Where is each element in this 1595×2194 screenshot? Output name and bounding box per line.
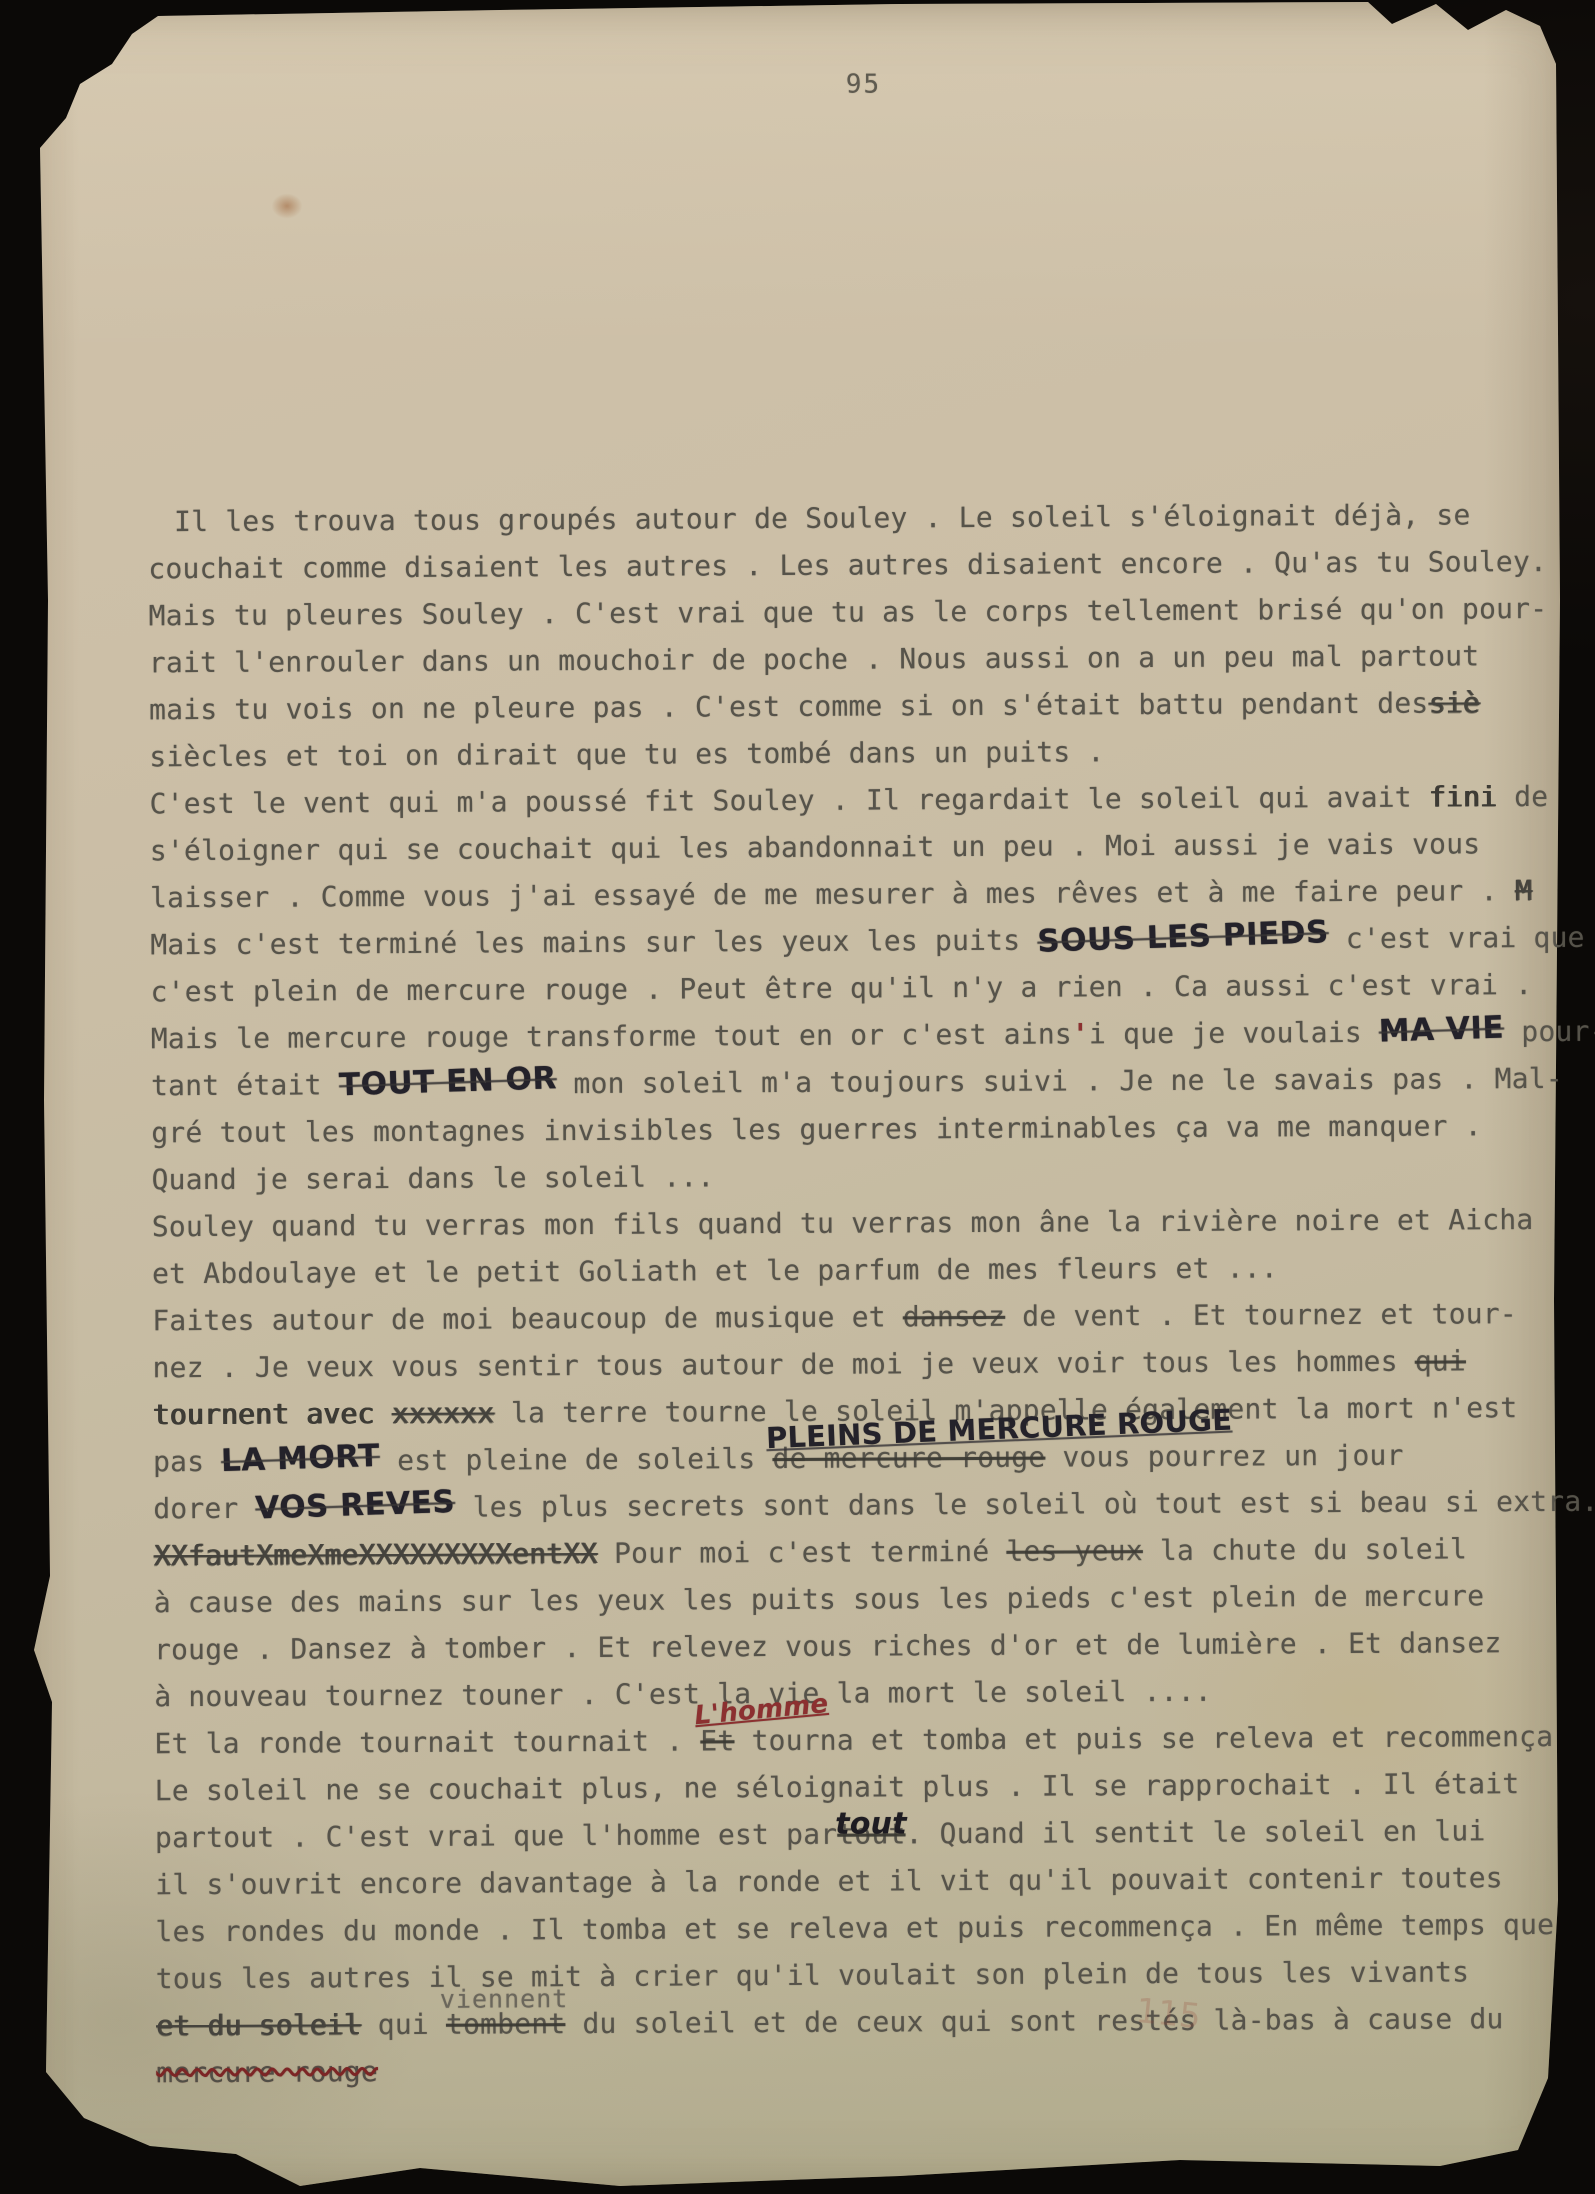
typed-text: Il les trouva tous groupés autour de Sou… xyxy=(174,498,1471,538)
typed-line: rait l'enrouler dans un mouchoir de poch… xyxy=(149,632,1569,686)
typed-text: siècles et toi on dirait que tu es tombé… xyxy=(149,735,1104,773)
struck-text: les yeux xyxy=(1006,1534,1143,1568)
corrected-text: de mercure rougePLEINS DE MERCURE ROUGE xyxy=(772,1434,1045,1482)
typed-line: partout . C'est vrai que l'homme est par… xyxy=(155,1807,1575,1861)
typed-text: couchait comme disaient les autres . Les… xyxy=(148,545,1547,585)
overtyped-text: fini xyxy=(1429,780,1497,813)
typed-text: Quand je serai dans le soleil ... xyxy=(151,1160,714,1196)
typed-line: Mais tu pleures Souley . C'est vrai que … xyxy=(148,585,1568,639)
typed-text: gré tout les montagnes invisibles les gu… xyxy=(151,1109,1482,1149)
red-struck-text: mercure rouge xyxy=(156,2055,378,2089)
typed-line: gré tout les montagnes invisibles les gu… xyxy=(151,1102,1571,1156)
typed-line: rouge . Dansez à tomber . Et relevez vou… xyxy=(154,1619,1574,1673)
typed-line: mercure rouge xyxy=(156,2042,1576,2096)
typed-line: à cause des mains sur les yeux les puits… xyxy=(154,1572,1574,1626)
typed-text: c'est plein de mercure rouge . Peut être… xyxy=(150,968,1532,1008)
typed-line: il s'ouvrit encore davantage à la ronde … xyxy=(155,1854,1575,1908)
typed-line: les rondes du monde . Il tomba et se rel… xyxy=(155,1901,1575,1955)
typed-text: de vent . Et tournez et tour- xyxy=(1005,1297,1517,1333)
photo-of-typescript-page: 95 Il les trouva tous groupés autour de … xyxy=(0,0,1595,2194)
typed-line: couchait comme disaient les autres . Les… xyxy=(148,538,1568,592)
typed-text: nez . Je veux vous sentir tous autour de… xyxy=(152,1345,1414,1385)
typed-line: c'est plein de mercure rouge . Peut être… xyxy=(150,961,1570,1015)
typed-text: c'est vrai que xyxy=(1329,921,1585,955)
typed-line: Mais le mercure rouge transforme tout en… xyxy=(151,1008,1571,1062)
typed-text: il s'ouvrit encore davantage à la ronde … xyxy=(155,1861,1503,1901)
typed-text: Et la ronde tournait tournait . xyxy=(154,1724,700,1760)
typed-text: Faites autour de moi beaucoup de musique… xyxy=(152,1300,903,1337)
typed-line: C'est le vent qui m'a poussé fit Souley … xyxy=(149,773,1569,827)
typed-text-block: Il les trouva tous groupés autour de Sou… xyxy=(148,491,1576,2096)
typed-text: s'éloigner qui se couchait qui les aband… xyxy=(150,827,1481,867)
typed-line: Mais c'est terminé les mains sur les yeu… xyxy=(150,914,1570,968)
typed-text: mais tu vois on ne pleure pas . C'est co… xyxy=(149,687,1428,727)
overtyped-text: tournent avec xyxy=(153,1397,392,1431)
handwritten-annotation: tout xyxy=(835,1800,907,1847)
typed-line: XXfautXmeXmeXXXXXXXXXentXX Pour moi c'es… xyxy=(153,1525,1573,1579)
typed-line: Souley quand tu verras mon fils quand tu… xyxy=(152,1196,1572,1250)
typed-line: Quand je serai dans le soleil ... xyxy=(151,1149,1571,1203)
typed-line: siècles et toi on dirait que tu es tombé… xyxy=(149,726,1569,780)
typed-text: mon soleil m'a toujours suivi . Je ne le… xyxy=(556,1062,1563,1100)
typed-text: Souley quand tu verras mon fils quand tu… xyxy=(152,1203,1534,1243)
typed-line: nez . Je veux vous sentir tous autour de… xyxy=(152,1337,1572,1391)
typed-text: laisser . Comme vous j'ai essayé de me m… xyxy=(150,874,1515,914)
red-ink-mark: ' xyxy=(1072,1017,1089,1050)
typed-text: du soleil et de ceux qui sont restés là-… xyxy=(565,2002,1503,2040)
handwritten-annotation: SOUS LES PIEDS xyxy=(1037,909,1330,966)
handwritten-annotation: MA VIE xyxy=(1378,1004,1505,1055)
typed-line: pas LA MORT est pleine de soleils de mer… xyxy=(153,1431,1573,1485)
typed-text: Mais c'est terminé les mains sur les yeu… xyxy=(150,924,1037,962)
typed-text: rouge . Dansez à tomber . Et relevez vou… xyxy=(154,1626,1502,1666)
typed-text: les rondes du monde . Il tomba et se rel… xyxy=(155,1908,1554,1948)
typed-text: rait l'enrouler dans un mouchoir de poch… xyxy=(149,639,1480,679)
typed-text: est pleine de soleils xyxy=(380,1442,772,1477)
typed-line: mais tu vois on ne pleure pas . C'est co… xyxy=(149,679,1569,733)
typed-text: i que je voulais xyxy=(1089,1016,1379,1051)
struck-text: dansez xyxy=(903,1300,1006,1334)
corrected-text: touttout xyxy=(837,1810,905,1857)
typed-line: et Abdoulaye et le petit Goliath et le p… xyxy=(152,1243,1572,1297)
typed-text: partout . C'est vrai que l'homme est par xyxy=(155,1818,837,1855)
handwritten-annotation: VOS REVES xyxy=(255,1479,456,1533)
struck-text: qui xyxy=(1415,1344,1466,1377)
page-number: 95 xyxy=(846,69,881,99)
typed-text: de xyxy=(1497,780,1548,813)
corrected-text: EtL'homme xyxy=(700,1717,734,1764)
corrected-text: tombentviennent xyxy=(446,2000,566,2048)
typed-line: s'éloigner qui se couchait qui les aband… xyxy=(150,820,1570,874)
typed-text: . Quand il sentit le soleil en lui xyxy=(905,1814,1485,1850)
typed-text: pour- xyxy=(1504,1015,1595,1049)
typed-line: dorer VOS REVES les plus secrets sont da… xyxy=(153,1478,1573,1532)
x-overtyped-text: et du soleil xyxy=(156,2008,361,2042)
typed-text: à nouveau tournez touner . C'est la vie … xyxy=(154,1675,1212,1714)
typed-text: et Abdoulaye et le petit Goliath et le p… xyxy=(152,1251,1278,1290)
typed-text: qui xyxy=(361,2008,446,2041)
typed-text: Mais tu pleures Souley . C'est vrai que … xyxy=(149,592,1548,632)
typed-text: Pour moi c'est terminé xyxy=(597,1535,1007,1570)
typed-line: Et la ronde tournait tournait . EtL'homm… xyxy=(154,1713,1574,1767)
typed-text: à cause des mains sur les yeux les puits… xyxy=(154,1579,1485,1619)
typed-line: à nouveau tournez touner . C'est la vie … xyxy=(154,1666,1574,1720)
typed-line: et du soleil qui tombentviennent du sole… xyxy=(156,1995,1576,2049)
x-overtyped-text: M xyxy=(1515,874,1532,907)
x-overtyped-text: siè xyxy=(1428,686,1479,719)
page-content: 95 Il les trouva tous groupés autour de … xyxy=(0,0,1595,2194)
handwritten-annotation: TOUT EN OR xyxy=(338,1055,557,1109)
typed-text: tous les autres il se mit à crier qu'il … xyxy=(156,1955,1470,1995)
typed-text: Mais le mercure rouge transforme tout en… xyxy=(151,1017,1072,1055)
typed-text: la chute du soleil xyxy=(1143,1532,1467,1567)
typed-text: tourna et tomba et puis se releva et rec… xyxy=(734,1720,1553,1757)
handwritten-annotation: LA MORT xyxy=(221,1433,381,1485)
handwritten-annotation: viennent xyxy=(440,1975,569,2023)
typed-line: laisser . Comme vous j'ai essayé de me m… xyxy=(150,867,1570,921)
typed-text: tant était xyxy=(151,1068,339,1102)
x-overtyped-text: xxxxxx xyxy=(392,1397,495,1431)
typed-line: Faites autour de moi beaucoup de musique… xyxy=(152,1290,1572,1344)
typed-text: pas xyxy=(153,1445,221,1478)
typed-line: tant était TOUT EN OR mon soleil m'a tou… xyxy=(151,1055,1571,1109)
typed-text: C'est le vent qui m'a poussé fit Souley … xyxy=(150,781,1429,821)
typed-line: tous les autres il se mit à crier qu'il … xyxy=(156,1948,1576,2002)
faint-pencil-mark: 115 xyxy=(1134,1991,1203,2037)
typed-text: les plus secrets sont dans le soleil où … xyxy=(456,1485,1595,1524)
typed-text: dorer xyxy=(153,1492,256,1526)
x-overtyped-text: XXfautXmeXmeXXXXXXXXXentXX xyxy=(153,1537,597,1572)
typed-line: Il les trouva tous groupés autour de Sou… xyxy=(148,491,1568,545)
